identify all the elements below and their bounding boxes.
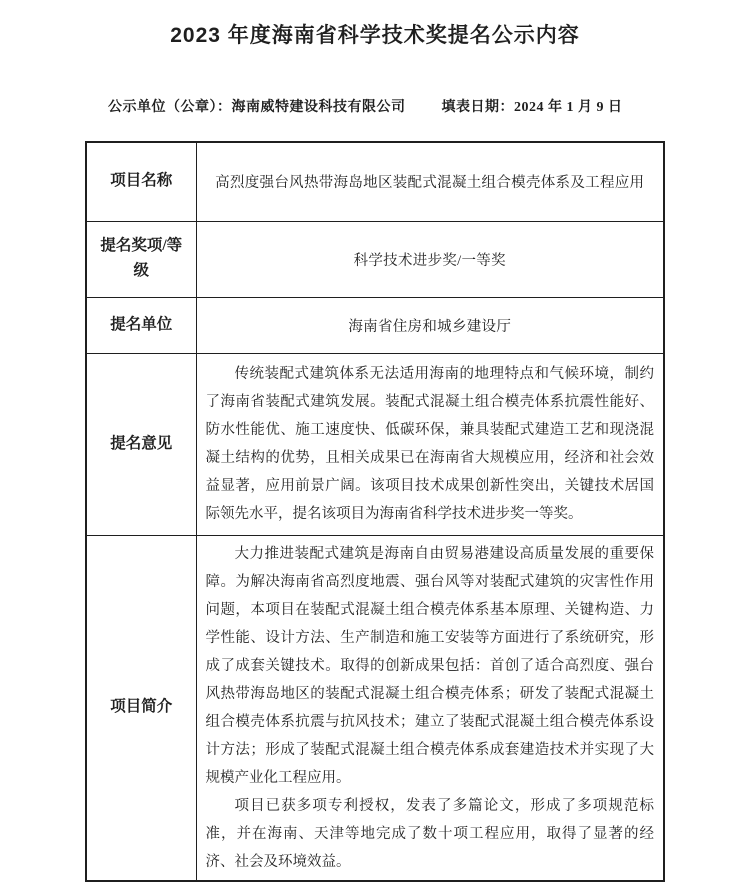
- table-row: 提名奖项/等级 科学技术进步奖/一等奖: [86, 221, 664, 297]
- row-value-nomination-opinion: 传统装配式建筑体系无法适用海南的地理特点和气候环境，制约了海南省装配式建筑发展。…: [196, 353, 664, 535]
- table-row: 项目简介 大力推进装配式建筑是海南自由贸易港建设高质量发展的重要保障。为解决海南…: [86, 535, 664, 881]
- project-summary-paragraph-2: 项目已获多项专利授权，发表了多篇论文，形成了多项规范标准，并在海南、天津等地完成…: [206, 792, 655, 876]
- row-label-award-grade: 提名奖项/等级: [86, 221, 196, 297]
- row-value-project-name: 高烈度强台风热带海岛地区装配式混凝土组合模壳体系及工程应用: [196, 142, 664, 221]
- publicity-unit-text: 公示单位（公章）：海南威特建设科技有限公司: [108, 96, 406, 116]
- header-info-line: 公示单位（公章）：海南威特建设科技有限公司 填表日期：2024 年 1 月 9 …: [108, 96, 750, 116]
- row-label-nomination-opinion: 提名意见: [86, 353, 196, 535]
- nomination-opinion-paragraph: 传统装配式建筑体系无法适用海南的地理特点和气候环境，制约了海南省装配式建筑发展。…: [206, 360, 655, 528]
- row-label-project-summary: 项目简介: [86, 535, 196, 881]
- row-label-nominating-unit: 提名单位: [86, 297, 196, 353]
- row-value-nominating-unit: 海南省住房和城乡建设厅: [196, 297, 664, 353]
- table-row: 提名单位 海南省住房和城乡建设厅: [86, 297, 664, 353]
- nomination-table: 项目名称 高烈度强台风热带海岛地区装配式混凝土组合模壳体系及工程应用 提名奖项/…: [85, 141, 665, 882]
- table-row: 提名意见 传统装配式建筑体系无法适用海南的地理特点和气候环境，制约了海南省装配式…: [86, 353, 664, 535]
- row-label-project-name: 项目名称: [86, 142, 196, 221]
- fill-date-text: 填表日期：2024 年 1 月 9 日: [442, 96, 623, 116]
- document-page: 2023 年度海南省科学技术奖提名公示内容 公示单位（公章）：海南威特建设科技有…: [0, 0, 750, 892]
- row-value-award-grade: 科学技术进步奖/一等奖: [196, 221, 664, 297]
- page-title: 2023 年度海南省科学技术奖提名公示内容: [0, 0, 750, 49]
- project-summary-paragraph-1: 大力推进装配式建筑是海南自由贸易港建设高质量发展的重要保障。为解决海南省高烈度地…: [206, 540, 655, 792]
- table-row: 项目名称 高烈度强台风热带海岛地区装配式混凝土组合模壳体系及工程应用: [86, 142, 664, 221]
- row-value-project-summary: 大力推进装配式建筑是海南自由贸易港建设高质量发展的重要保障。为解决海南省高烈度地…: [196, 535, 664, 881]
